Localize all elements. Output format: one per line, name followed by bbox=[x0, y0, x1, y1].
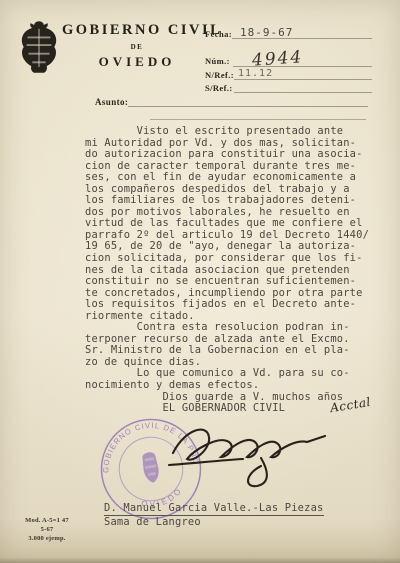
print-code: Mod. A-5=1 47 5-67 3.000 ejemp. bbox=[8, 516, 86, 543]
org-name-line1: GOBIERNO CIVIL bbox=[62, 22, 212, 39]
asunto-underline-1 bbox=[128, 106, 368, 107]
sref-label: S/Ref.: bbox=[205, 83, 233, 93]
nref-label: N/Ref.: bbox=[205, 70, 234, 80]
org-name-line2: DE bbox=[62, 43, 212, 51]
print-code-copies: 3.000 ejemp. bbox=[8, 534, 86, 543]
eagle-coat-of-arms-icon bbox=[18, 19, 60, 75]
nref-underline bbox=[234, 79, 372, 80]
nref-value: 11.12 bbox=[238, 68, 273, 79]
sref-underline bbox=[234, 92, 372, 93]
fecha-label: Fecha: bbox=[205, 29, 232, 39]
recipient-block: D. Manuel Garcia Valle.-Las Piezas Sama … bbox=[104, 502, 324, 528]
body-line: nocimiento y demas efectos. bbox=[85, 380, 385, 392]
letter-document: GOBIERNO CIVIL DE OVIEDO Fecha: 18-9-67 … bbox=[0, 0, 400, 563]
letter-body: Visto el escrito presentado ante mi Auto… bbox=[85, 126, 385, 415]
body-line: do autorizacion para constituir una asoc… bbox=[85, 149, 385, 161]
num-label: Núm.: bbox=[205, 56, 230, 66]
asunto-label: Asunto: bbox=[95, 97, 128, 107]
recipient-name: D. Manuel Garcia Valle.-Las Piezas bbox=[104, 502, 324, 516]
body-line: Visto el escrito presentado ante bbox=[85, 126, 385, 138]
fecha-value: 18-9-67 bbox=[240, 26, 293, 39]
org-name-line3: OVIEDO bbox=[62, 54, 212, 70]
letterhead: GOBIERNO CIVIL DE OVIEDO bbox=[62, 22, 212, 70]
print-code-date: 5-67 bbox=[8, 525, 86, 534]
print-code-model: Mod. A-5=1 47 bbox=[8, 516, 86, 525]
governor-signature bbox=[165, 415, 350, 500]
body-line: cion solicitada, por considerar que los … bbox=[85, 253, 385, 265]
asunto-underline-2 bbox=[150, 119, 366, 120]
recipient-town: Sama de Langreo bbox=[104, 516, 324, 529]
body-line: ses, con el fin de ayudar economicamente… bbox=[85, 172, 385, 184]
body-line: constituir no se encuentran suficienteme… bbox=[85, 276, 385, 288]
